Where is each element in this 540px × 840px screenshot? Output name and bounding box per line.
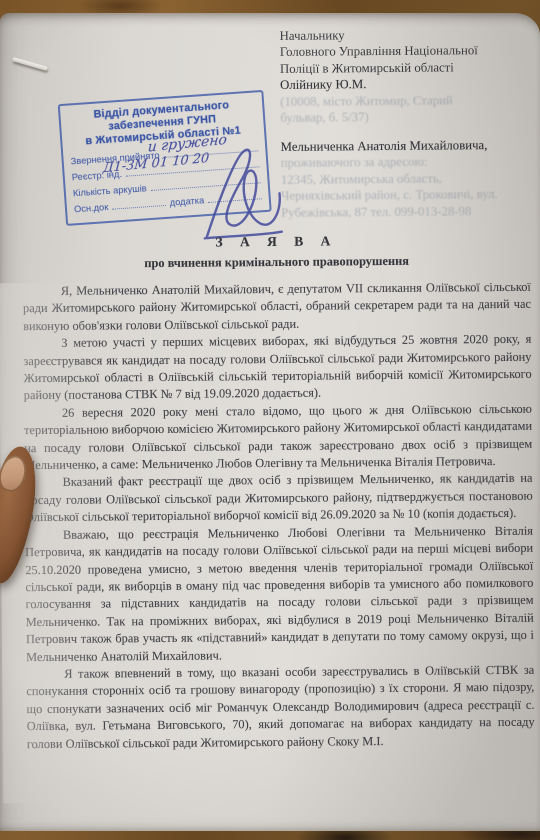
paragraph: З метою участі у перших місцевих виборах… xyxy=(23,331,532,405)
paragraph: Я, Мельниченко Анатолій Михайлович, є де… xyxy=(23,279,531,336)
recipient-address-faint: бульвар, б. 5/37) xyxy=(280,108,530,127)
document-body: Я, Мельниченко Анатолій Михайлович, є де… xyxy=(23,279,535,753)
stamp-field-label: Осн.док xyxy=(74,200,109,217)
stamp-field-blank xyxy=(112,195,166,210)
paragraph: Я також впевнений в тому, що вказані осо… xyxy=(26,662,535,753)
paragraph: 26 вересня 2020 року мені стало відомо, … xyxy=(24,401,533,475)
document-subtitle: про вчинення кримінального правопорушенн… xyxy=(23,253,531,272)
applicant-address-faint: Рубежівська, 87 тел. 099-013-28-98 xyxy=(281,202,531,221)
paragraph: Вважаю, що реєстрація Мельниченко Любові… xyxy=(25,522,534,666)
recipient-block: Начальнику Головного Управління Націонал… xyxy=(280,26,531,127)
document-title: З А Я В А xyxy=(22,232,530,252)
stamp-field-label: додатка xyxy=(169,193,204,210)
paragraph: Вказаний факт реєстрації ще двох осіб з … xyxy=(24,470,532,527)
document-content: Начальнику Головного Управління Націонал… xyxy=(0,0,540,840)
thumbnail xyxy=(0,453,30,494)
photo-background: Начальнику Головного Управління Націонал… xyxy=(0,0,540,840)
applicant-block: Мельниченка Анатолія Михайловича, прожив… xyxy=(281,137,532,221)
